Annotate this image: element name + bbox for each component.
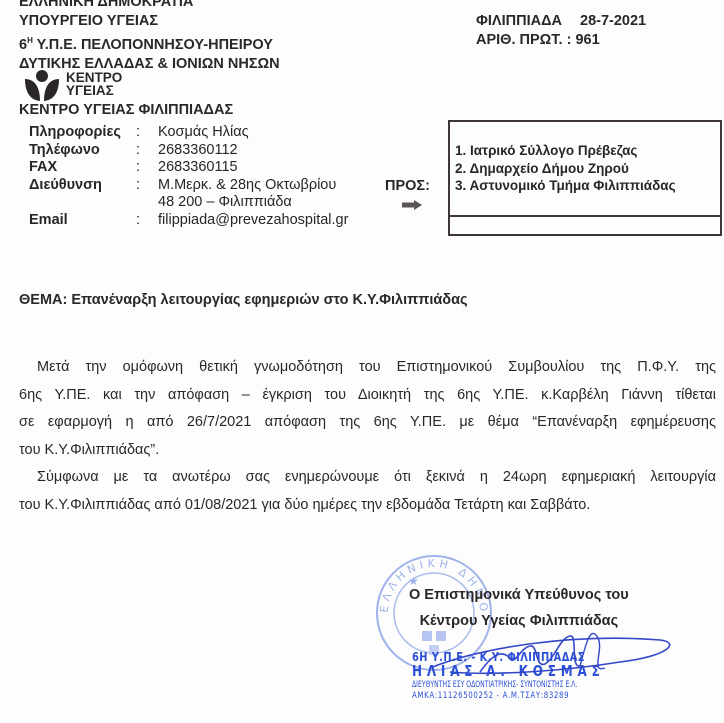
health-center-logo-icon — [24, 70, 60, 102]
center-name: ΚΕΝΤΡΟ ΥΓΕΙΑΣ ΦΙΛΙΠΠΙΑΔΑΣ — [19, 101, 233, 120]
handwritten-signature-icon — [420, 628, 680, 688]
recipients-label: ΠΡΟΣ: — [385, 178, 430, 194]
logo-text: ΚΕΝΤΡΟ ΥΓΕΙΑΣ — [66, 71, 122, 97]
protocol-label: ΑΡΙΘ. ΠΡΩΤ. : — [476, 32, 571, 48]
contact-row: FAX:2683360115 — [29, 159, 348, 177]
contact-separator: : — [136, 142, 158, 160]
date: 28-7-2021 — [580, 12, 646, 31]
paragraph-2: Σύμφωνα με τα ανωτέρω σας ενημερώνουμε ό… — [19, 464, 716, 519]
place: ΦΙΛΙΠΠΙΑΔΑ — [476, 13, 562, 29]
body-line: 6ης Υ.ΠΕ. και την απόφαση – έγκριση του … — [19, 382, 716, 410]
signatory-title-line-1: Ο Επιστημονικά Υπεύθυνος του — [409, 582, 629, 608]
recipients-box-divider — [450, 215, 720, 217]
contact-row: Διεύθυνση:Μ.Μερκ. & 28ης Οκτωβρίου — [29, 177, 348, 195]
contact-value: filippiada@prevezahospital.gr — [158, 212, 348, 230]
place-date-line: ΦΙΛΙΠΠΙΑΔΑ 28-7-2021 — [476, 12, 646, 31]
contact-separator — [136, 194, 158, 212]
contact-value: 2683360112 — [158, 142, 348, 160]
contact-separator: : — [136, 124, 158, 142]
contact-value: Μ.Μερκ. & 28ης Οκτωβρίου — [158, 177, 348, 195]
contact-label — [29, 194, 136, 212]
contact-row: 48 200 – Φιλιππιάδα — [29, 194, 348, 212]
header-line-republic: ΕΛΛΗΝΙΚΗ ΔΗΜΟΚΡΑΤΙΑ — [19, 0, 280, 12]
contact-separator: : — [136, 212, 158, 230]
contact-label: Διεύθυνση — [29, 177, 136, 195]
contact-label: FAX — [29, 159, 136, 177]
issuer-header: ΕΛΛΗΝΙΚΗ ΔΗΜΟΚΡΑΤΙΑ ΥΠΟΥΡΓΕΙΟ ΥΓΕΙΑΣ 6Η … — [19, 0, 280, 74]
arrow-right-icon — [402, 200, 422, 210]
body-line: Σύμφωνα με τα ανωτέρω σας ενημερώνουμε ό… — [19, 464, 716, 492]
letter-body: Μετά την ομόφωνη θετική γνωμοδότηση του … — [19, 354, 716, 519]
contact-value: Κοσμάς Ηλίας — [158, 124, 348, 142]
header-line-ministry: ΥΠΟΥΡΓΕΙΟ ΥΓΕΙΑΣ — [19, 12, 280, 31]
contact-info: Πληροφορίες:Κοσμάς ΗλίαςΤηλέφωνο:2683360… — [29, 124, 348, 230]
logo-line-2: ΥΓΕΙΑΣ — [66, 84, 122, 97]
recipients-box: 1. Ιατρικό Σύλλογο Πρέβεζας 2. Δημαρχείο… — [448, 120, 722, 236]
contact-row: Τηλέφωνο:2683360112 — [29, 142, 348, 160]
body-line: σε εφαρμογή η από 26/7/2021 απόφαση της … — [19, 409, 716, 437]
protocol-line: ΑΡΙΘ. ΠΡΩΤ. : 961 — [476, 31, 646, 50]
recipients-list: 1. Ιατρικό Σύλλογο Πρέβεζας 2. Δημαρχείο… — [455, 142, 676, 195]
signatory-title: Ο Επιστημονικά Υπεύθυνος του Κέντρου Υγε… — [409, 582, 629, 634]
recipient-item: 2. Δημαρχείο Δήμου Ζηρού — [455, 160, 676, 178]
body-line: του Κ.Υ.Φιλιππιάδας από 01/08/2021 για δ… — [19, 492, 716, 520]
protocol-number: 961 — [575, 32, 599, 48]
health-center-logo: ΚΕΝΤΡΟ ΥΓΕΙΑΣ — [24, 70, 134, 102]
contact-row: Πληροφορίες:Κοσμάς Ηλίας — [29, 124, 348, 142]
contact-value: 48 200 – Φιλιππιάδα — [158, 194, 348, 212]
subject-line: ΘΕΜΑ: Επανέναρξη λειτουργίας εφημεριών σ… — [19, 292, 468, 308]
header-line-region-rest: Υ.Π.Ε. ΠΕΛΟΠΟΝΝΗΣΟΥ-ΗΠΕΙΡΟΥ — [33, 37, 273, 53]
body-line: Μετά την ομόφωνη θετική γνωμοδότηση του … — [19, 354, 716, 382]
contact-value: 2683360115 — [158, 159, 348, 177]
contact-separator: : — [136, 159, 158, 177]
contact-row: Email:filippiada@prevezahospital.gr — [29, 212, 348, 230]
header-line-region: 6Η Υ.Π.Ε. ΠΕΛΟΠΟΝΝΗΣΟΥ-ΗΠΕΙΡΟΥ — [19, 31, 280, 55]
recipient-item: 1. Ιατρικό Σύλλογο Πρέβεζας — [455, 142, 676, 160]
paragraph-1: Μετά την ομόφωνη θετική γνωμοδότηση του … — [19, 354, 716, 464]
contact-label: Πληροφορίες — [29, 124, 136, 142]
stamp-line-4: ΑΜΚΑ:11126500252 - Α.Μ.ΤΣΑΥ:83289 — [412, 692, 602, 701]
body-line: του Κ.Υ.Φιλιππιάδας”. — [19, 437, 716, 465]
document-meta: ΦΙΛΙΠΠΙΑΔΑ 28-7-2021 ΑΡΙΘ. ΠΡΩΤ. : 961 — [476, 12, 646, 50]
recipient-item: 3. Αστυνομικό Τμήμα Φιλιππιάδας — [455, 177, 676, 195]
contact-label: Email — [29, 212, 136, 230]
contact-label: Τηλέφωνο — [29, 142, 136, 160]
contact-separator: : — [136, 177, 158, 195]
